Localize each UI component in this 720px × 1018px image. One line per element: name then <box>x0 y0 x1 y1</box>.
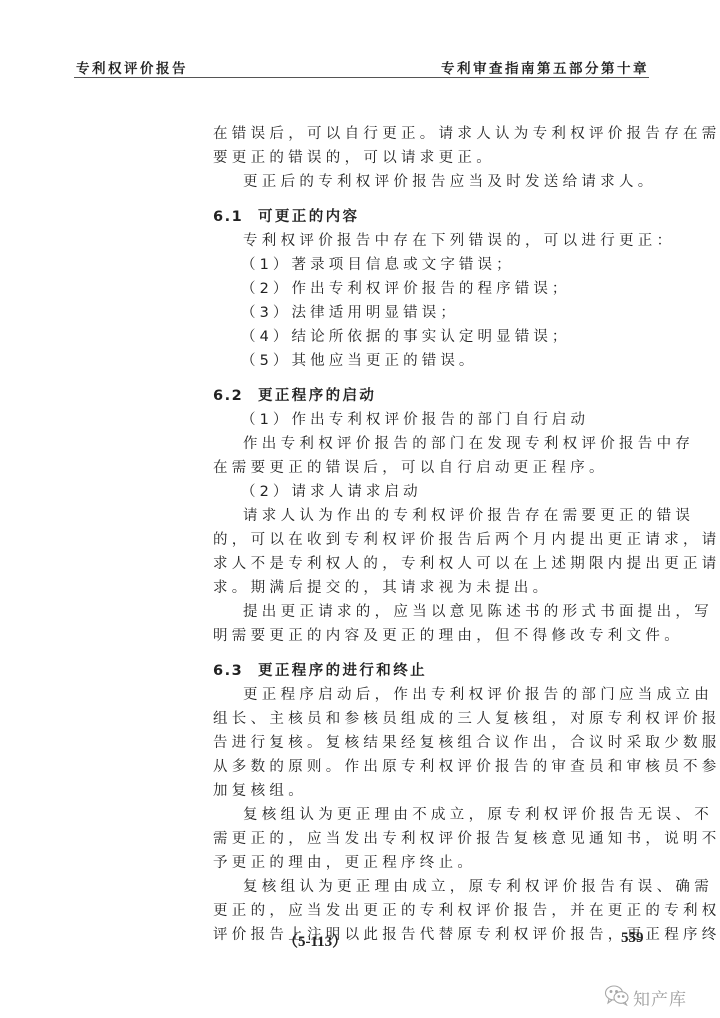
list-item: （1）著录项目信息或文字错误； <box>213 253 645 277</box>
header-left-title: 专利权评价报告 <box>76 57 188 77</box>
paragraph-line: 告进行复核。复核结果经复核组合议作出，合议时采取少数服 <box>213 731 645 755</box>
section-heading-6-1: 6.1可更正的内容 <box>213 205 645 229</box>
list-item: （5）其他应当更正的错误。 <box>213 349 645 373</box>
paragraph-line: 要更正的错误的，可以请求更正。 <box>213 146 645 170</box>
running-header: 专利权评价报告 专利审查指南第五部分第十章 <box>74 55 649 78</box>
section-title: 更正程序的启动 <box>258 388 376 404</box>
paragraph-line: 组长、主核员和参核员组成的三人复核组，对原专利权评价报 <box>213 707 645 731</box>
paragraph-line: 在错误后，可以自行更正。请求人认为专利权评价报告存在需 <box>213 122 645 146</box>
subheading-line: （2）请求人请求启动 <box>213 480 645 504</box>
paragraph-line: 在需要更正的错误后，可以自行启动更正程序。 <box>213 456 645 480</box>
page-number: 559 <box>621 930 644 947</box>
section-number: 6.3 <box>213 659 258 683</box>
paragraph-line: 复核组认为更正理由成立，原专利权评价报告有误、确需 <box>213 875 645 899</box>
list-item: （3）法律适用明显错误； <box>213 301 645 325</box>
paragraph-line: 更正的，应当发出更正的专利权评价报告，并在更正的专利权 <box>213 899 645 923</box>
watermark-text: 知产库 <box>633 985 687 1010</box>
paragraph-line: 专利权评价报告中存在下列错误的，可以进行更正： <box>213 229 645 253</box>
section-title: 更正程序的进行和终止 <box>258 663 427 679</box>
subheading-line: （1）作出专利权评价报告的部门自行启动 <box>213 408 645 432</box>
paragraph-line: 更正程序启动后，作出专利权评价报告的部门应当成立由 <box>213 683 645 707</box>
section-number: 6.2 <box>213 384 258 408</box>
paragraph-line: 评价报告上注明以此报告代替原专利权评价报告，更正程序终 <box>213 923 645 947</box>
paragraph-line: 明需要更正的内容及更正的理由，但不得修改专利文件。 <box>213 624 645 648</box>
paragraph-line: 从多数的原则。作出原专利权评价报告的审查员和审核员不参 <box>213 755 645 779</box>
paragraph-line: 求人不是专利权人的，专利权人可以在上述期限内提出更正请 <box>213 552 645 576</box>
paragraph-line: 求。期满后提交的，其请求视为未提出。 <box>213 576 645 600</box>
paragraph-line: 复核组认为更正理由不成立，原专利权评价报告无误、不 <box>213 803 645 827</box>
section-heading-6-2: 6.2更正程序的启动 <box>213 384 645 408</box>
paragraph-line: 需更正的，应当发出专利权评价报告复核意见通知书，说明不 <box>213 827 645 851</box>
paragraph-line: 加复核组。 <box>213 779 645 803</box>
footer-section-reference: （5-113） <box>283 930 347 951</box>
section-heading-6-3: 6.3更正程序的进行和终止 <box>213 659 645 683</box>
list-item: （2）作出专利权评价报告的程序错误； <box>213 277 645 301</box>
paragraph-line: 更正后的专利权评价报告应当及时发送给请求人。 <box>213 170 645 194</box>
section-title: 可更正的内容 <box>258 209 359 225</box>
paragraph-line: 作出专利权评价报告的部门在发现专利权评价报告中存 <box>213 432 645 456</box>
list-item: （4）结论所依据的事实认定明显错误； <box>213 325 645 349</box>
paragraph-line: 提出更正请求的，应当以意见陈述书的形式书面提出，写 <box>213 600 645 624</box>
section-number: 6.1 <box>213 205 258 229</box>
wechat-icon <box>604 984 630 1011</box>
paragraph-line: 予更正的理由，更正程序终止。 <box>213 851 645 875</box>
page-body: 在错误后，可以自行更正。请求人认为专利权评价报告存在需 要更正的错误的，可以请求… <box>213 122 645 947</box>
watermark: 知产库 <box>604 984 687 1011</box>
header-right-title: 专利审查指南第五部分第十章 <box>441 57 649 77</box>
paragraph-line: 的，可以在收到专利权评价报告后两个月内提出更正请求，请 <box>213 528 645 552</box>
paragraph-line: 请求人认为作出的专利权评价报告存在需要更正的错误 <box>213 504 645 528</box>
